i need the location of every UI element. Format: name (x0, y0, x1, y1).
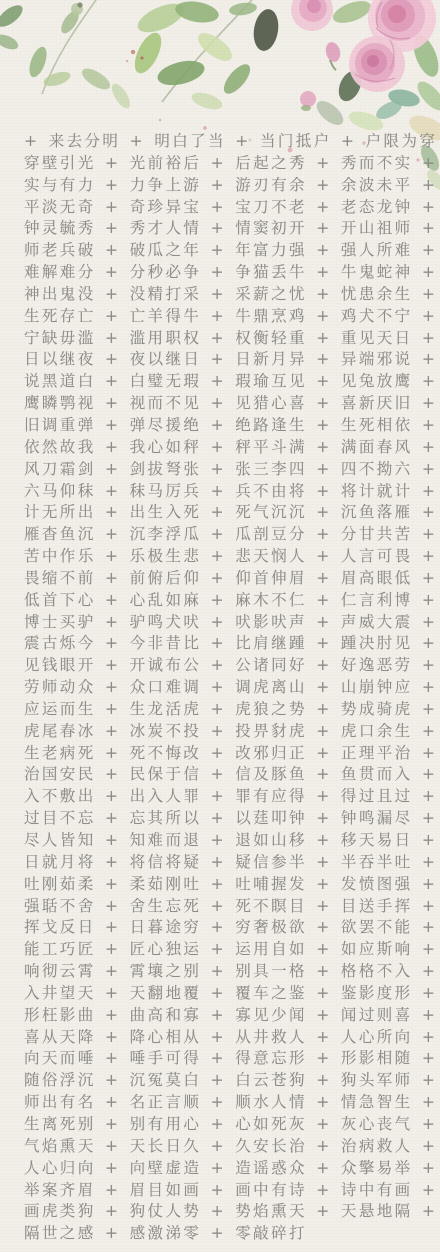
idiom-line: 见钱眼开 + 开诚布公 + 公诸同好 + 好逸恶劳 + (24, 655, 422, 677)
idiom-line: 治国安民 + 民保于信 + 信及豚鱼 + 鱼贯而入 + (24, 764, 422, 786)
idiom-line: 实与有力 + 力争上游 + 游刃有余 + 余波未平 + (24, 175, 422, 197)
idiom-line: 师老兵破 + 破瓜之年 + 年富力强 + 强人所难 + (24, 240, 422, 262)
idiom-line: 能工巧匠 + 匠心独运 + 运用自如 + 如应斯响 + (24, 939, 422, 961)
idiom-line: 鹰瞵鹗视 + 视而不见 + 见猎心喜 + 喜新厌旧 + (24, 393, 422, 415)
idiom-line: 挥戈反日 + 日暮途穷 + 穷奢极欲 + 欲罢不能 + (24, 917, 422, 939)
idiom-line: 人心归向 + 向壁虚造 + 造谣惑众 + 众擎易举 + (24, 1158, 422, 1180)
idiom-line: 应运而生 + 生龙活虎 + 虎狼之势 + 势成骑虎 + (24, 699, 422, 721)
idiom-line: 日就月将 + 将信将疑 + 疑信参半 + 半吞半吐 + (24, 852, 422, 874)
idiom-line: 平淡无奇 + 奇珍异宝 + 宝刀不老 + 老态龙钟 + (24, 197, 422, 219)
idiom-line: 旧调重弹 + 弹尽援绝 + 绝路逢生 + 生死相依 + (24, 415, 422, 437)
idiom-line: 说黑道白 + 白璧无瑕 + 瑕瑜互见 + 见兔放鹰 + (24, 371, 422, 393)
idiom-line: 气焰熏天 + 天长日久 + 久安长治 + 治病救人 + (24, 1136, 422, 1158)
idiom-chain: + 来去分明 + 明白了当 + 当门抵户 + 户限为穿 +穿壁引光 + 光前裕后… (24, 131, 422, 1245)
idiom-line: 宁缺毋滥 + 滥用职权 + 权衡轻重 + 重见天日 + (24, 328, 422, 350)
middle-leaf-cluster (129, 0, 281, 113)
idiom-line: 震古烁今 + 今非昔比 + 比肩继踵 + 踵决肘见 + (24, 633, 422, 655)
idiom-line: 向天而唾 + 唾手可得 + 得意忘形 + 形影相随 + (24, 1048, 422, 1070)
idiom-line: 难解难分 + 分秒必争 + 争猫丢牛 + 牛鬼蛇神 + (24, 262, 422, 284)
idiom-line: 计无所出 + 出生入死 + 死气沉沉 + 沉鱼落雁 + (24, 502, 422, 524)
idiom-line: 苦中作乐 + 乐极生悲 + 悲天悯人 + 人言可畏 + (24, 546, 422, 568)
idiom-line: 隔世之感 + 感激涕零 + 零敲碎打 (24, 1223, 422, 1245)
idiom-line: 形枉影曲 + 曲高和寡 + 寡见少闻 + 闻过则喜 + (24, 1005, 422, 1027)
idiom-line: 师出有名 + 名正言顺 + 顺水人情 + 情急智生 + (24, 1092, 422, 1114)
idiom-line: 生死存亡 + 亡羊得牛 + 牛鼎烹鸡 + 鸡犬不宁 + (24, 306, 422, 328)
idiom-line: 强聒不舍 + 舍生忘死 + 死不瞑目 + 目送手挥 + (24, 896, 422, 918)
idiom-line: 日以继夜 + 夜以继日 + 日新月异 + 异端邪说 + (24, 349, 422, 371)
idiom-line: 虎尾春冰 + 冰炭不投 + 投畀豺虎 + 虎口余生 + (24, 721, 422, 743)
idiom-line: 博士买驴 + 驴鸣犬吠 + 吠影吠声 + 声威大震 + (24, 612, 422, 634)
idiom-line: 过目不忘 + 忘其所以 + 以莛叩钟 + 钟鸣漏尽 + (24, 808, 422, 830)
idiom-line: 入井望天 + 天翻地覆 + 覆车之鉴 + 鉴影度形 + (24, 983, 422, 1005)
idiom-line: 响彻云霄 + 霄壤之别 + 别具一格 + 格格不入 + (24, 961, 422, 983)
idiom-line: 畏缩不前 + 前俯后仰 + 仰首伸眉 + 眉高眼低 + (24, 568, 422, 590)
idiom-line: 雁杳鱼沉 + 沉李浮瓜 + 瓜剖豆分 + 分甘共苦 + (24, 524, 422, 546)
left-branch-leaves (0, 0, 134, 111)
idiom-line: 神出鬼没 + 没精打采 + 采薪之忧 + 忧患余生 + (24, 284, 422, 306)
idiom-line: 生离死别 + 别有用心 + 心如死灰 + 灰心丧气 + (24, 1114, 422, 1136)
idiom-line: 随俗浮沉 + 沉冤莫白 + 白云苍狗 + 狗头军师 + (24, 1070, 422, 1092)
idiom-line: 喜从天降 + 降心相从 + 从井救人 + 人心所向 + (24, 1027, 422, 1049)
idiom-line: 穿壁引光 + 光前裕后 + 后起之秀 + 秀而不实 + (24, 153, 422, 175)
idiom-line: 入不敷出 + 出入人罪 + 罪有应得 + 得过且过 + (24, 786, 422, 808)
rose-buds (300, 41, 342, 111)
idiom-line: 低首下心 + 心乱如麻 + 麻木不仁 + 仁言利博 + (24, 590, 422, 612)
idiom-line: 画虎类狗 + 狗仗人势 + 势焰熏天 + 天悬地隔 + (24, 1201, 422, 1223)
idiom-line: 钟灵毓秀 + 秀才人情 + 情窦初开 + 开山祖师 + (24, 218, 422, 240)
rose-small (291, 0, 333, 31)
rose-large-mid (349, 36, 405, 92)
idiom-line: 尽人皆知 + 知难而退 + 退如山移 + 移天易日 + (24, 830, 422, 852)
idiom-line: 生老病死 + 死不悔改 + 改邪归正 + 正理平治 + (24, 743, 422, 765)
idiom-line: 劳师动众 + 众口难调 + 调虎离山 + 山崩钟应 + (24, 677, 422, 699)
idiom-line: + 来去分明 + 明白了当 + 当门抵户 + 户限为穿 + (24, 131, 422, 153)
idiom-line: 风刀霜剑 + 剑拔弩张 + 张三李四 + 四不拗六 + (24, 459, 422, 481)
idiom-line: 吐刚茹柔 + 柔茹刚吐 + 吐哺握发 + 发愤图强 + (24, 874, 422, 896)
idiom-line: 六马仰秣 + 秣马厉兵 + 兵不由将 + 将计就计 + (24, 481, 422, 503)
idiom-line: 依然故我 + 我心如秤 + 秤平斗满 + 满面春风 + (24, 437, 422, 459)
idiom-line: 举案齐眉 + 眉目如画 + 画中有诗 + 诗中有画 + (24, 1180, 422, 1202)
